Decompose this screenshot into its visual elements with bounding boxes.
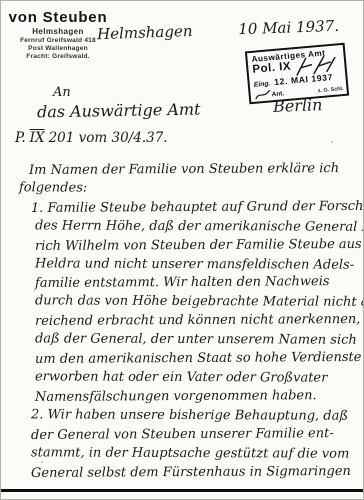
stamp-department: Pol. IX <box>252 61 292 76</box>
handwriting-line: um den amerikanischen Staat so hohe Verd… <box>19 349 355 370</box>
handwriting-line: 1. Familie Steube behauptet auf Grund de… <box>19 198 355 219</box>
dateline-place: Helmshagen <box>97 22 193 43</box>
scan-noise <box>331 141 333 143</box>
handwriting-line: der General von Steuben unserer Familie … <box>19 425 355 446</box>
handwriting-line: Namensfälschungen vorgenommen haben. <box>19 387 355 408</box>
letterhead-post: Post Wallenhagen <box>5 45 111 52</box>
letterhead-freight: Fracht: Greifswald. <box>5 53 111 60</box>
address-city: Berlin <box>273 95 323 116</box>
stamp-note-right: z. G. Schl. <box>318 86 344 94</box>
checkmark-scribble-icon <box>254 89 271 99</box>
letterhead-place: Helmshagen <box>5 27 111 36</box>
handwriting-line: des Herrn Höhe, daß der amerikanische Ge… <box>19 217 355 237</box>
handwriting-line: 2. Wir haben unsere bisherige Behauptung… <box>19 406 355 426</box>
scan-edge-line <box>1 489 363 492</box>
letterhead-phone: Fernruf Greifswald 418 <box>5 37 111 44</box>
stamp-received-label: Eing. <box>254 80 271 88</box>
handwriting-line: folgendes: <box>19 179 355 199</box>
letterhead: von Steuben Helmshagen Fernruf Greifswal… <box>5 9 111 60</box>
handwriting-line: durch das von Höhe beigebrachte Material… <box>19 293 355 313</box>
handwriting-line: stammt, in der Hauptsache gestützt auf d… <box>19 444 355 464</box>
handwriting-line: Heldra und nicht unserer mansfeldischen … <box>19 255 355 275</box>
scanned-letter-page: von Steuben Helmshagen Fernruf Greifswal… <box>0 0 364 500</box>
reference-line: P.IX201 vom 30/4.37. <box>15 130 172 146</box>
letterhead-name: von Steuben <box>5 9 111 26</box>
scan-noise <box>201 471 203 473</box>
handwriting-line: daß der General, der unter unserem Namen… <box>19 330 355 350</box>
handwriting-line: Im Namen der Familie von Steuben erkläre… <box>19 160 355 181</box>
handwriting-line: General selbst dem Fürstenhaus in Sigmar… <box>19 462 355 483</box>
reference-prefix: P. <box>15 130 26 146</box>
handwriting-line: reichend erbracht und können nicht anerk… <box>19 311 355 332</box>
address-salutation: An <box>53 85 71 100</box>
reference-rest: 201 vom 30/4.37. <box>49 130 168 146</box>
letter-body: Im Namen der Familie von Steuben erkläre… <box>19 161 355 482</box>
dateline: Helmshagen 10 Mai 1937. <box>97 17 339 43</box>
address-recipient: das Auswärtige Amt <box>37 100 201 122</box>
reference-roman-numeral: IX <box>30 130 45 146</box>
scan-noise <box>41 461 43 463</box>
dateline-date: 10 Mai 1937. <box>238 17 339 39</box>
handwriting-line: rich Wilhelm von Steuben der Familie Ste… <box>19 236 355 257</box>
handwriting-line: erworben hat oder ein Vater oder Großvat… <box>19 368 355 388</box>
handwriting-line: familie entstammt. Wir halten den Nachwe… <box>19 273 355 294</box>
